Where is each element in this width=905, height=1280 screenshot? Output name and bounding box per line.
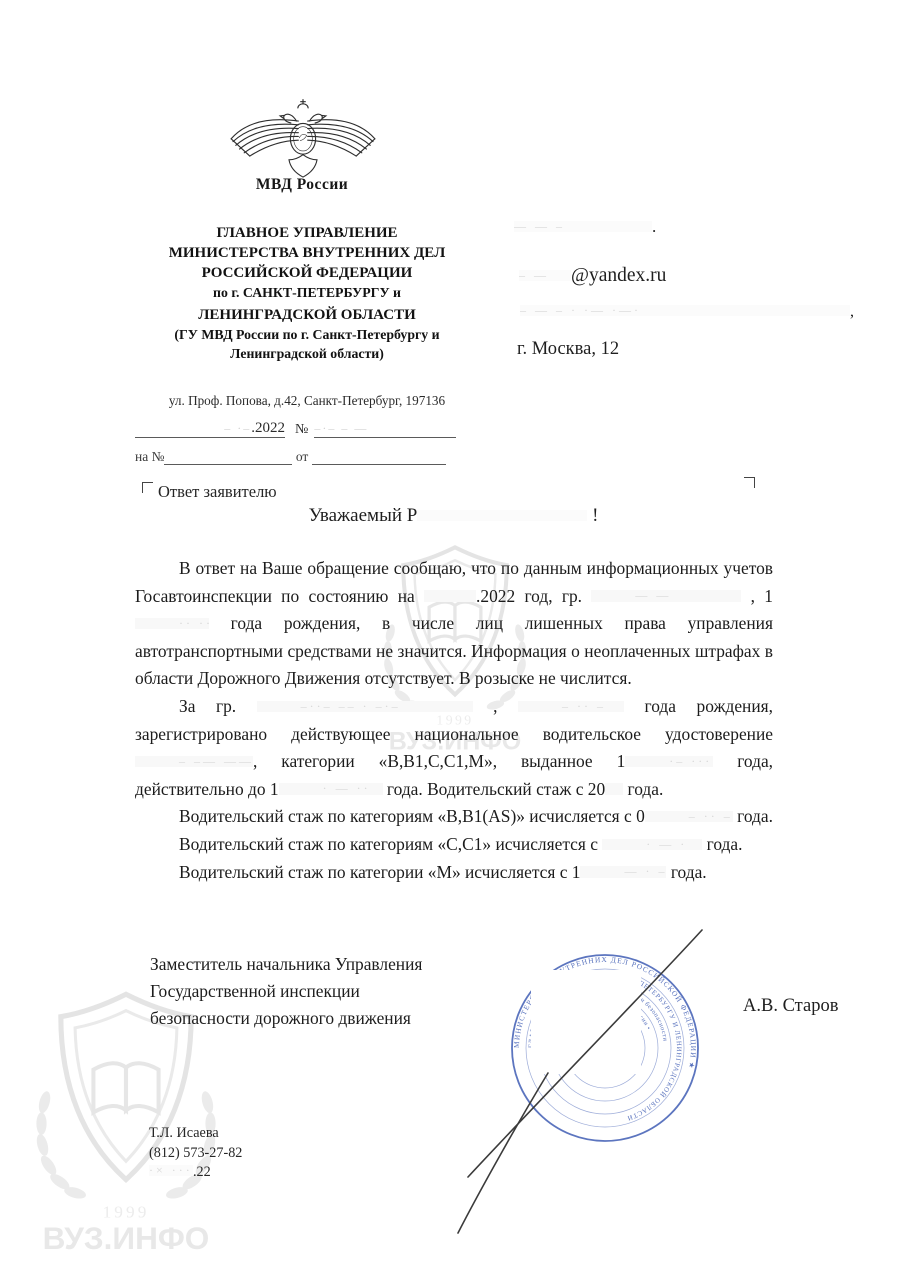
addressee-city: г. Москва, 12 bbox=[517, 339, 619, 360]
document-page: { "emblem": { "caption": "МВД России" },… bbox=[0, 0, 905, 1280]
redacted-text: – –— —— bbox=[135, 756, 253, 767]
executor-phone: (812) 573-27-82 bbox=[149, 1144, 242, 1164]
redacted-text: · — ·· bbox=[279, 783, 383, 794]
letterhead-line: ГЛАВНОЕ УПРАВЛЕНИЕ bbox=[126, 223, 488, 243]
redacted-text: — — bbox=[591, 590, 741, 601]
addressee-email-line: – —@yandex.ru bbox=[519, 265, 666, 287]
redacted-date: – ·– bbox=[224, 421, 251, 435]
redacted-text: – ·· –· bbox=[645, 811, 733, 822]
reply-tag: Ответ заявителю bbox=[158, 482, 277, 502]
ot-label: от bbox=[296, 449, 308, 464]
redacted-email-local: – — bbox=[519, 270, 571, 281]
addressee-name-line: — — –. bbox=[514, 217, 656, 237]
redacted-text: ·× ··· bbox=[149, 1165, 193, 1176]
letterhead-line: РОССИЙСКОЙ ФЕДЕРАЦИИ bbox=[126, 263, 488, 283]
signer-name: А.В. Старов bbox=[743, 996, 838, 1017]
addressee-street-line: – — – · ·— ·—·, bbox=[520, 303, 854, 321]
letterhead-line: по г. САНКТ-ПЕТЕРБУРГУ и bbox=[126, 283, 488, 302]
addressee-dot: . bbox=[652, 217, 656, 236]
letterhead-line: ЛЕНИНГРАДСКОЙ ОБЛАСТИ bbox=[126, 305, 488, 325]
letterhead-line: (ГУ МВД России по г. Санкт-Петербургу и bbox=[126, 325, 488, 344]
letterhead-line: МИНИСТЕРСТВА ВНУТРЕННИХ ДЕЛ bbox=[126, 243, 488, 263]
address-zone-corner-left bbox=[142, 482, 153, 493]
redacted-text bbox=[605, 783, 623, 794]
redacted-name: — — – bbox=[514, 221, 652, 232]
redacted-text: — · – bbox=[580, 866, 666, 877]
paragraph-license: За гр. –··– –– · –·– , – ·· – года рожде… bbox=[135, 693, 773, 803]
redacted-text: – ·· – bbox=[518, 701, 624, 712]
paragraph-category-m: Водительский стаж по категории «М» исчис… bbox=[135, 859, 773, 887]
redacted-number: –·– – — bbox=[314, 421, 368, 435]
redacted-text: ·– ···· bbox=[625, 756, 713, 767]
ref-reply-row: на № от bbox=[135, 447, 481, 465]
redacted-street: – — – · ·— ·—· bbox=[520, 305, 850, 316]
addressee-email: @yandex.ru bbox=[571, 265, 666, 286]
letterhead: ГЛАВНОЕ УПРАВЛЕНИЕ МИНИСТЕРСТВА ВНУТРЕНН… bbox=[126, 223, 488, 363]
letter-body: В ответ на Ваше обращение сообщаю, что п… bbox=[135, 555, 773, 886]
ref-date-row: – ·–.2022№–·– – — bbox=[135, 420, 481, 438]
handwritten-signature bbox=[438, 913, 728, 1243]
letterhead-line: Ленинградской области) bbox=[126, 344, 488, 363]
redacted-text: ·· ···· bbox=[135, 618, 209, 629]
redacted-text bbox=[417, 510, 587, 521]
executor-block: Т.Л. Исаева (812) 573-27-82 ·× ···.22 bbox=[149, 1124, 242, 1183]
org-address: ул. Проф. Попова, д.42, Санкт-Петербург,… bbox=[126, 393, 488, 409]
executor-name: Т.Л. Исаева bbox=[149, 1124, 242, 1144]
address-zone-corner-right bbox=[744, 477, 755, 488]
number-sign: № bbox=[295, 422, 308, 437]
paragraph-category-b: Водительский стаж по категориям «В,В1(AS… bbox=[135, 803, 773, 831]
redacted-text: –··– –– · –·– bbox=[257, 701, 473, 712]
salutation: Уважаемый Р ! bbox=[135, 505, 772, 527]
na-number-label: на № bbox=[135, 449, 164, 464]
redacted-text: · — · bbox=[602, 839, 702, 850]
reference-block: – ·–.2022№–·– – — на № от bbox=[135, 420, 481, 465]
paragraph-status: В ответ на Ваше обращение сообщаю, что п… bbox=[135, 555, 773, 693]
paragraph-category-c: Водительский стаж по категориям «С,С1» и… bbox=[135, 831, 773, 859]
addressee-comma: , bbox=[850, 303, 854, 320]
mvd-eagle-emblem bbox=[228, 94, 378, 178]
letter-date-year: .2022 bbox=[251, 420, 285, 436]
emblem-caption: МВД России bbox=[222, 176, 382, 194]
executor-ref: ·× ···.22 bbox=[149, 1163, 242, 1183]
redacted-text bbox=[424, 590, 476, 601]
